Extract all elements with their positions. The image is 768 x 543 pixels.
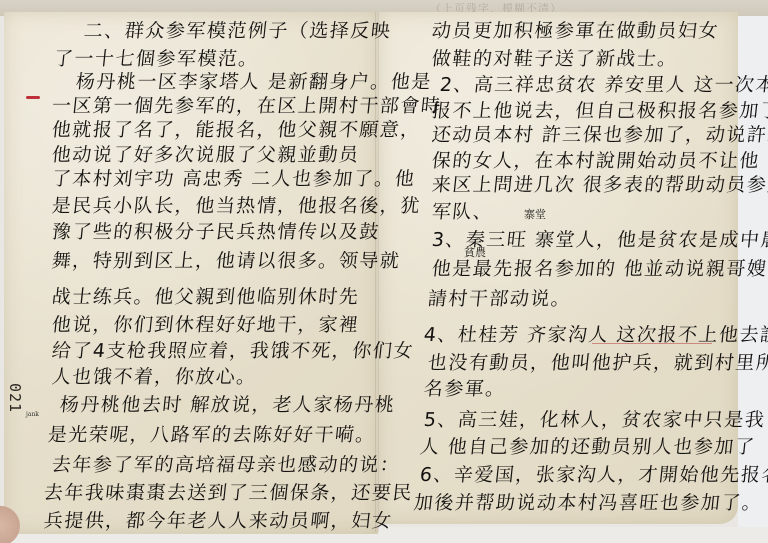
handwritten-line: 豫了些的积极分子民兵热情传以及鼓 bbox=[51, 217, 382, 244]
handwritten-line: 来区上問进几次 很多表的帮助动员参加 bbox=[431, 170, 768, 197]
handwritten-line: 军队、 bbox=[431, 197, 495, 224]
handwritten-line: 他动说了好多次说服了父親並動员 bbox=[51, 140, 361, 167]
handwritten-line: 了本村刘宇功 高忠秀 二人也参加了。他 bbox=[51, 164, 417, 191]
handwritten-line: 人 他自己参加的还動员别人也参加了 bbox=[419, 432, 757, 459]
handwritten-line: 保的女人，在本村說開始动员不让他 bbox=[431, 146, 762, 173]
handwritten-line: 他就报了名了，能报名，他父親不願意， bbox=[51, 115, 423, 142]
handwritten-line: 去年参了军的高培福母亲也感动的说： bbox=[51, 450, 402, 477]
handwritten-line: 做鞋的对鞋子送了新战士。 bbox=[431, 44, 680, 71]
red-margin-mark bbox=[26, 96, 40, 99]
handwritten-line: 是民兵小队长，他当热情，他报名後，犹 bbox=[51, 191, 423, 218]
handwritten-line: 2、高三祥忠贫农 养安里人 这一次本来 bbox=[439, 70, 768, 97]
handwritten-line: 动员更加积極参軍在做動员妇女 bbox=[431, 16, 721, 43]
handwritten-line: 請村干部动说。 bbox=[427, 284, 573, 311]
handwritten-line: 他说，你们到休程好好地干，家裡 bbox=[51, 310, 361, 337]
handwritten-line: 还动员本村 許三保也参加了，动说許三 bbox=[431, 120, 768, 147]
handwritten-line: 是光荣呢，八路军的去陈好好干嗬。 bbox=[47, 420, 378, 447]
handwritten-line: 去年我味棗棗去送到了三個保条，还要民 bbox=[43, 478, 415, 505]
archive-stamp: jank bbox=[26, 411, 39, 418]
handwritten-line: 兵提供，都今年老人人来动员啊，妇女 bbox=[43, 506, 394, 533]
handwritten-line: 也没有動员，他叫他护兵，就到村里所报 bbox=[427, 348, 768, 375]
handwritten-line: 给了4支枪我照应着，我饿不死，你们女 bbox=[51, 336, 416, 363]
handwritten-line: 杨丹桃一区李家塔人 是新翻身户。他是 bbox=[75, 67, 434, 94]
handwritten-line: 5、高三娃，化林人，贫农家中只是我自己一 bbox=[423, 405, 768, 432]
handwritten-line: 二、群众参军模范例子（选择反映 bbox=[83, 16, 393, 43]
handwritten-line: 6、辛爱国，张家沟人，才開始他先报名参 bbox=[419, 460, 768, 487]
handwritten-line: 舞，特别到区上，他请以很多。领导就 bbox=[51, 246, 402, 273]
handwritten-line: 人也饿不着，你放心。 bbox=[51, 362, 259, 389]
handwritten-line: 战士练兵。他父親到他临别休时先 bbox=[51, 282, 361, 309]
thumb bbox=[0, 500, 20, 543]
inserted-text: 寨堂 bbox=[524, 206, 546, 222]
handwritten-line: 杨丹桃他去时 解放说，老人家杨丹桃 bbox=[59, 390, 397, 417]
handwritten-line: 他是最先报名参加的 他並动说親哥嫂々， bbox=[431, 254, 768, 281]
page-number: 021 bbox=[6, 383, 24, 413]
handwritten-line: 名参軍。 bbox=[423, 374, 508, 401]
red-underline bbox=[592, 343, 712, 344]
handwritten-line: 一区第一個先参军的，在区上開村干部會時 bbox=[51, 91, 443, 118]
handwritten-line: 报不上他说去，但自己极积报名参加了的 bbox=[431, 96, 768, 123]
handwritten-line: 加後并帮助说动本村冯喜旺也参加了。 bbox=[413, 488, 764, 515]
